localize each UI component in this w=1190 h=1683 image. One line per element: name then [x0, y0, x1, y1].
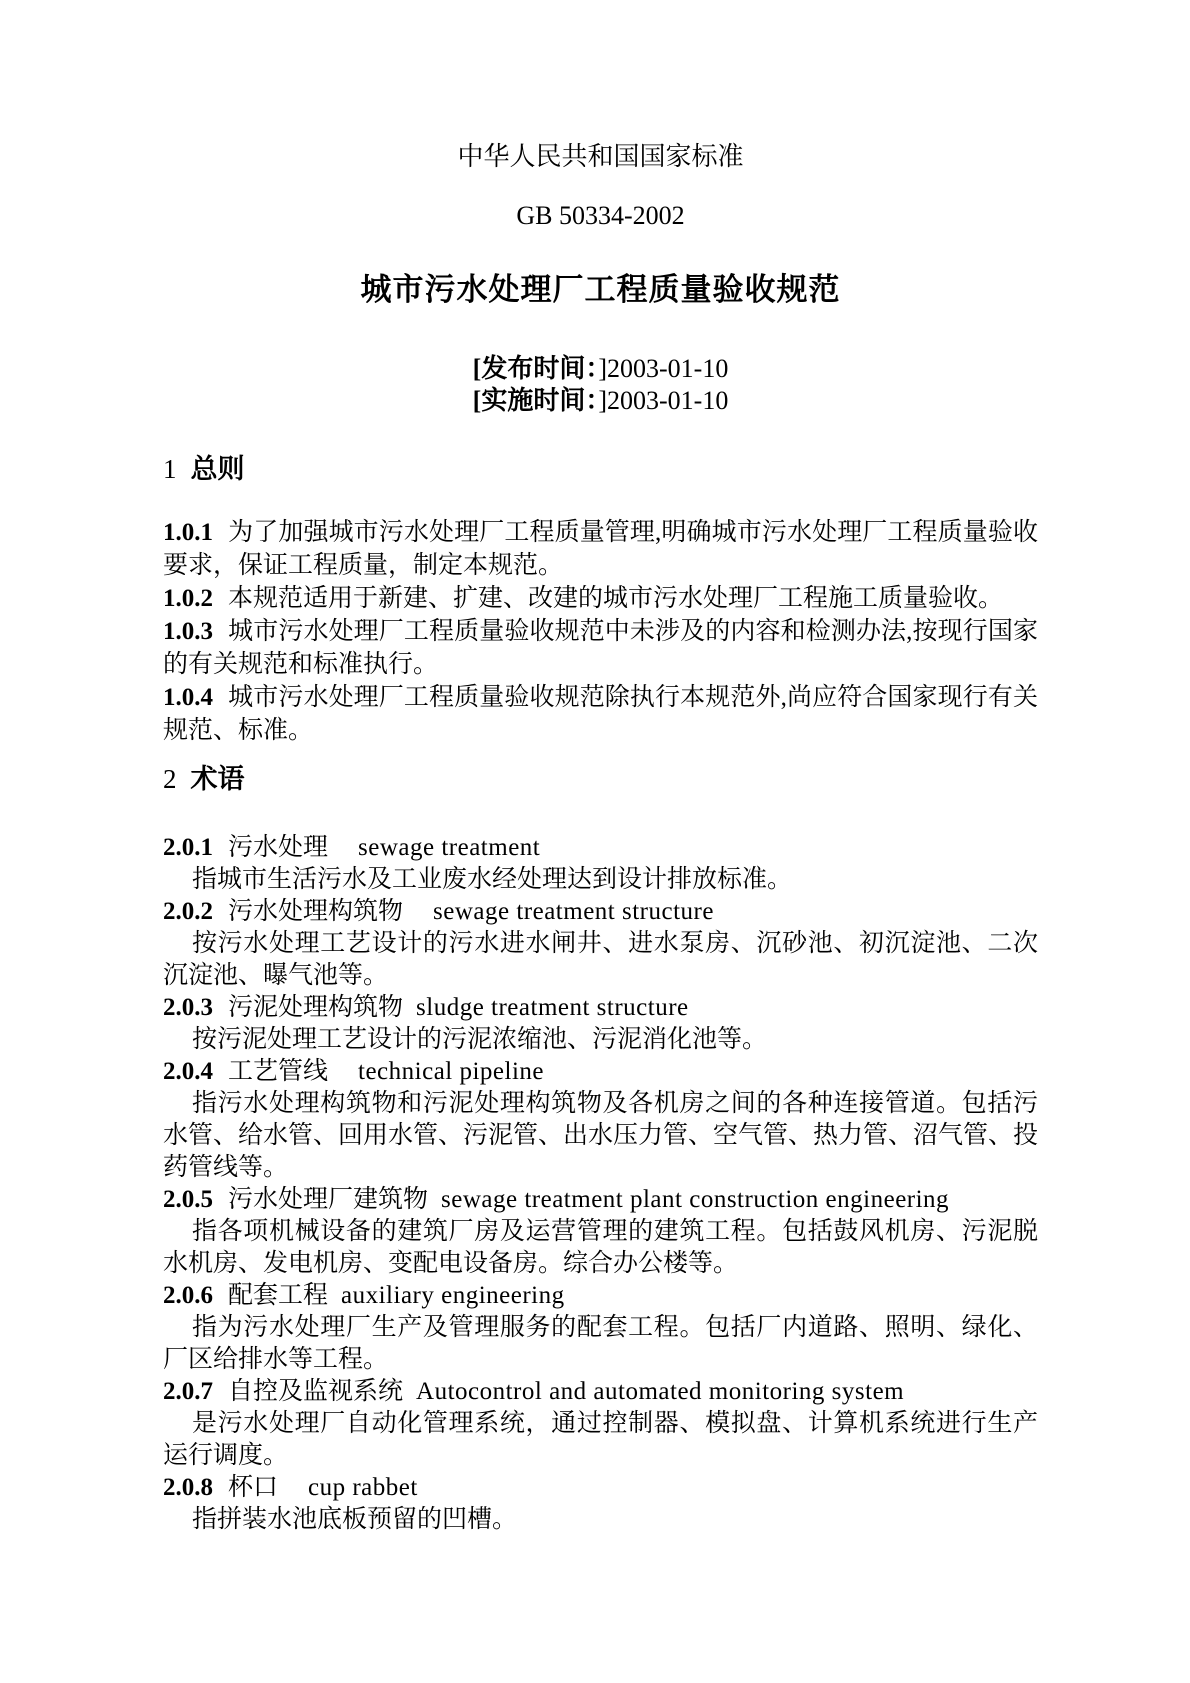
term-line: 2.0.5污水处理厂建筑物sewage treatment plant cons…: [163, 1184, 1038, 1216]
term-name: 自控及监视系统: [228, 1378, 403, 1405]
term-line: 2.0.8杯口cup rabbet: [163, 1472, 1038, 1504]
term-number: 2.0.4: [163, 1058, 213, 1085]
term-definition: 指污水处理构筑物和污泥处理构筑物及各机房之间的各种连接管道。包括污水管、给水管、…: [163, 1088, 1038, 1184]
term-english: auxiliary engineering: [341, 1282, 565, 1309]
section-terms: 2术语 2.0.1污水处理sewage treatment 指城市生活污水及工业…: [163, 764, 1038, 1536]
term-name: 污泥处理构筑物: [228, 994, 403, 1021]
clause-paragraph: 1.0.2本规范适用于新建、扩建、改建的城市污水处理厂工程施工质量验收。: [163, 582, 1038, 615]
section-heading: 1总则: [163, 454, 1038, 484]
term-number: 2.0.6: [163, 1282, 213, 1309]
clause-paragraph: 1.0.3城市污水处理厂工程质量验收规范中未涉及的内容和检测办法,按现行国家的有…: [163, 615, 1038, 681]
section-title: 总则: [191, 454, 245, 484]
term-name: 污水处理厂建筑物: [228, 1186, 428, 1213]
term-english: sludge treatment structure: [416, 994, 689, 1021]
term-name: 污水处理构筑物: [228, 898, 403, 925]
term-english: sewage treatment: [358, 834, 540, 861]
term-line: 2.0.6配套工程auxiliary engineering: [163, 1280, 1038, 1312]
term-name: 配套工程: [228, 1282, 328, 1309]
document-page: 中华人民共和国国家标准 GB 50334-2002 城市污水处理厂工程质量验收规…: [0, 0, 1190, 1683]
doc-header: 中华人民共和国国家标准 GB 50334-2002 城市污水处理厂工程质量验收规…: [163, 142, 1038, 417]
publish-date-line: [发布时间：]2003-01-10: [163, 353, 1038, 385]
term-english: sewage treatment structure: [433, 898, 714, 925]
term-number: 2.0.3: [163, 994, 213, 1021]
standard-number: GB 50334-2002: [163, 201, 1038, 231]
term-name: 污水处理: [228, 834, 328, 861]
section-number: 1: [163, 454, 177, 484]
clause-number: 1.0.2: [163, 585, 213, 612]
clause-text: 本规范适用于新建、扩建、改建的城市污水处理厂工程施工质量验收。: [228, 585, 1003, 612]
implement-date-label: [实施时间：: [473, 386, 599, 415]
section-title: 术语: [191, 764, 245, 794]
term-english: cup rabbet: [308, 1474, 418, 1501]
publish-date-label: [发布时间：: [473, 354, 599, 383]
term-definition: 按污水处理工艺设计的污水进水闸井、进水泵房、沉砂池、初沉淀池、二次沉淀池、曝气池…: [163, 928, 1038, 992]
term-number: 2.0.8: [163, 1474, 213, 1501]
term-line: 2.0.2污水处理构筑物sewage treatment structure: [163, 896, 1038, 928]
term-definition: 按污泥处理工艺设计的污泥浓缩池、污泥消化池等。: [163, 1024, 1038, 1056]
term-definition: 指拼装水池底板预留的凹槽。: [163, 1504, 1038, 1536]
term-number: 2.0.5: [163, 1186, 213, 1213]
standard-name: 中华人民共和国国家标准: [163, 142, 1038, 172]
clause-number: 1.0.1: [163, 519, 213, 546]
doc-title: 城市污水处理厂工程质量验收规范: [163, 272, 1038, 308]
term-line: 2.0.1污水处理sewage treatment: [163, 832, 1038, 864]
clause-text: 城市污水处理厂工程质量验收规范除执行本规范外,尚应符合国家现行有关规范、标准。: [163, 684, 1038, 744]
term-english: technical pipeline: [358, 1058, 544, 1085]
term-line: 2.0.3污泥处理构筑物sludge treatment structure: [163, 992, 1038, 1024]
clause-text: 城市污水处理厂工程质量验收规范中未涉及的内容和检测办法,按现行国家的有关规范和标…: [163, 618, 1038, 678]
term-definition: 指城市生活污水及工业废水经处理达到设计排放标准。: [163, 864, 1038, 896]
implement-date-line: [实施时间：]2003-01-10: [163, 385, 1038, 417]
clause-paragraph: 1.0.4城市污水处理厂工程质量验收规范除执行本规范外,尚应符合国家现行有关规范…: [163, 681, 1038, 747]
term-definition: 指各项机械设备的建筑厂房及运营管理的建筑工程。包括鼓风机房、污泥脱水机房、发电机…: [163, 1216, 1038, 1280]
implement-date-value: ]2003-01-10: [598, 386, 728, 415]
clause-paragraph: 1.0.1为了加强城市污水处理厂工程质量管理,明确城市污水处理厂工程质量验收要求…: [163, 516, 1038, 582]
term-english: sewage treatment plant construction engi…: [441, 1186, 949, 1213]
term-number: 2.0.2: [163, 898, 213, 925]
clause-number: 1.0.4: [163, 684, 213, 711]
publish-date-value: ]2003-01-10: [598, 354, 728, 383]
term-line: 2.0.7自控及监视系统Autocontrol and automated mo…: [163, 1376, 1038, 1408]
term-definition: 是污水处理厂自动化管理系统，通过控制器、模拟盘、计算机系统进行生产运行调度。: [163, 1408, 1038, 1472]
term-number: 2.0.7: [163, 1378, 213, 1405]
term-definition: 指为污水处理厂生产及管理服务的配套工程。包括厂内道路、照明、绿化、厂区给排水等工…: [163, 1312, 1038, 1376]
term-english: Autocontrol and automated monitoring sys…: [416, 1378, 904, 1405]
term-line: 2.0.4工艺管线technical pipeline: [163, 1056, 1038, 1088]
section-general-provisions: 1总则 1.0.1为了加强城市污水处理厂工程质量管理,明确城市污水处理厂工程质量…: [163, 454, 1038, 747]
term-name: 杯口: [228, 1474, 278, 1501]
section-heading: 2术语: [163, 764, 1038, 794]
term-number: 2.0.1: [163, 834, 213, 861]
clause-number: 1.0.3: [163, 618, 213, 645]
section-number: 2: [163, 764, 177, 794]
clause-text: 为了加强城市污水处理厂工程质量管理,明确城市污水处理厂工程质量验收要求，保证工程…: [163, 519, 1038, 579]
term-name: 工艺管线: [228, 1058, 328, 1085]
